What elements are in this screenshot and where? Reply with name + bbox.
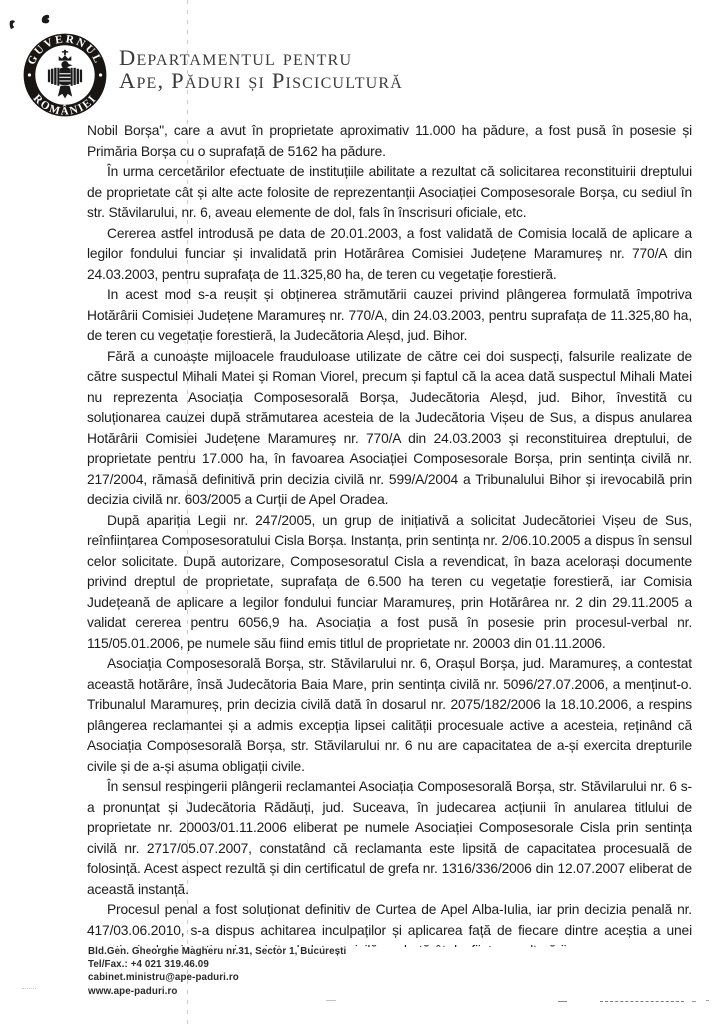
paragraph: În urma cercetărilor efectuate de instit… xyxy=(87,162,692,224)
scanned-document-page: GUVERNUL ROMÂNIEI xyxy=(0,0,718,1024)
scan-artifact xyxy=(600,1001,684,1002)
footer-website: www.ape-paduri.ro xyxy=(88,985,346,998)
paragraph: In acest mod s-a reușit și obținerea str… xyxy=(87,285,692,347)
footer-address: Bld.Gen. Gheorghe Magheru nr.31, Sector … xyxy=(88,945,346,958)
paragraph: Fără a cunoaște mijloacele frauduloase u… xyxy=(87,347,692,511)
scan-artifact xyxy=(326,1000,336,1001)
seal-dot-right xyxy=(99,73,102,76)
government-seal: GUVERNUL ROMÂNIEI xyxy=(20,30,110,120)
scan-artifact xyxy=(22,988,36,989)
seal-dot-left xyxy=(28,73,31,76)
scan-artifact xyxy=(558,1001,567,1002)
department-name-line2: Ape, Păduri și Piscicultură xyxy=(119,69,403,92)
scan-artifact xyxy=(692,1001,696,1002)
paragraph: Asociația Composesorală Borșa, str. Stăv… xyxy=(87,654,692,777)
ink-mark xyxy=(7,18,21,32)
paragraph: În sensul respingerii plângerii reclaman… xyxy=(87,777,692,900)
department-name-line1: Departamentul pentru xyxy=(119,46,403,69)
ink-mark xyxy=(38,12,54,26)
paragraph: După apariția Legii nr. 247/2005, un gru… xyxy=(87,511,692,655)
paragraph: Procesul penal a fost soluționat definit… xyxy=(87,900,692,947)
department-name: Departamentul pentru Ape, Păduri și Pisc… xyxy=(119,46,403,92)
footer-telfax: Tel/Fax.: +4 021 319.46.09 xyxy=(88,958,346,971)
scan-artifact xyxy=(706,1000,709,1001)
footer: Bld.Gen. Gheorghe Magheru nr.31, Sector … xyxy=(88,945,346,998)
footer-email: cabinet.ministru@ape-paduri.ro xyxy=(88,971,346,984)
document-body: Nobil Borșa", care a avut în proprietate… xyxy=(87,121,692,947)
paragraph: Nobil Borșa", care a avut în proprietate… xyxy=(87,121,692,162)
paragraph: Cererea astfel introdusă pe data de 20.0… xyxy=(87,224,692,286)
